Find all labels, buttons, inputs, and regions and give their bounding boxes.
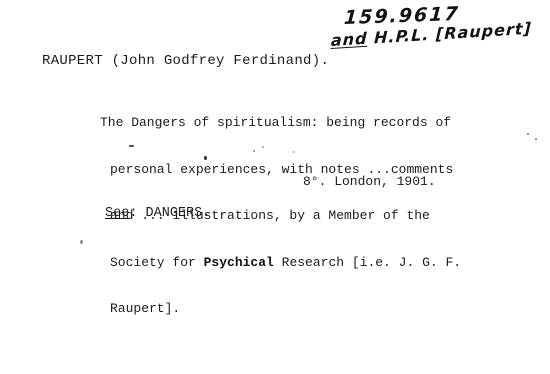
catalog-card: 159.9617 and H.P.L. [Raupert] RAUPERT (J… bbox=[0, 0, 550, 374]
see-reference: See: DANGERS. bbox=[105, 206, 210, 221]
title-line-1: The Dangers of spiritualism: being recor… bbox=[100, 115, 461, 131]
title-line-4: Society for Psychical Research [i.e. J. … bbox=[100, 255, 461, 271]
scan-speck bbox=[204, 156, 207, 160]
scan-speck bbox=[262, 146, 264, 148]
see-label: See bbox=[105, 206, 129, 221]
title-line-4-post: Research [i.e. J. G. F. bbox=[274, 255, 461, 270]
scan-speck bbox=[293, 151, 295, 153]
scan-speck bbox=[527, 133, 529, 135]
imprint-line: 8°. London, 1901. bbox=[303, 174, 436, 189]
title-line-5: Raupert]. bbox=[100, 301, 461, 317]
scan-speck bbox=[253, 150, 255, 152]
handwritten-annotation-and: and bbox=[331, 29, 368, 50]
title-line-4-pre: Society for bbox=[110, 255, 204, 270]
scan-speck bbox=[256, 213, 258, 215]
scan-speck bbox=[129, 145, 134, 147]
title-line-4-emphasis: Psychical bbox=[204, 255, 274, 270]
scan-speck bbox=[80, 240, 83, 244]
scan-speck bbox=[535, 138, 537, 140]
author-heading: RAUPERT (John Godfrey Ferdinand). bbox=[42, 53, 329, 69]
see-target: : DANGERS. bbox=[129, 206, 210, 221]
